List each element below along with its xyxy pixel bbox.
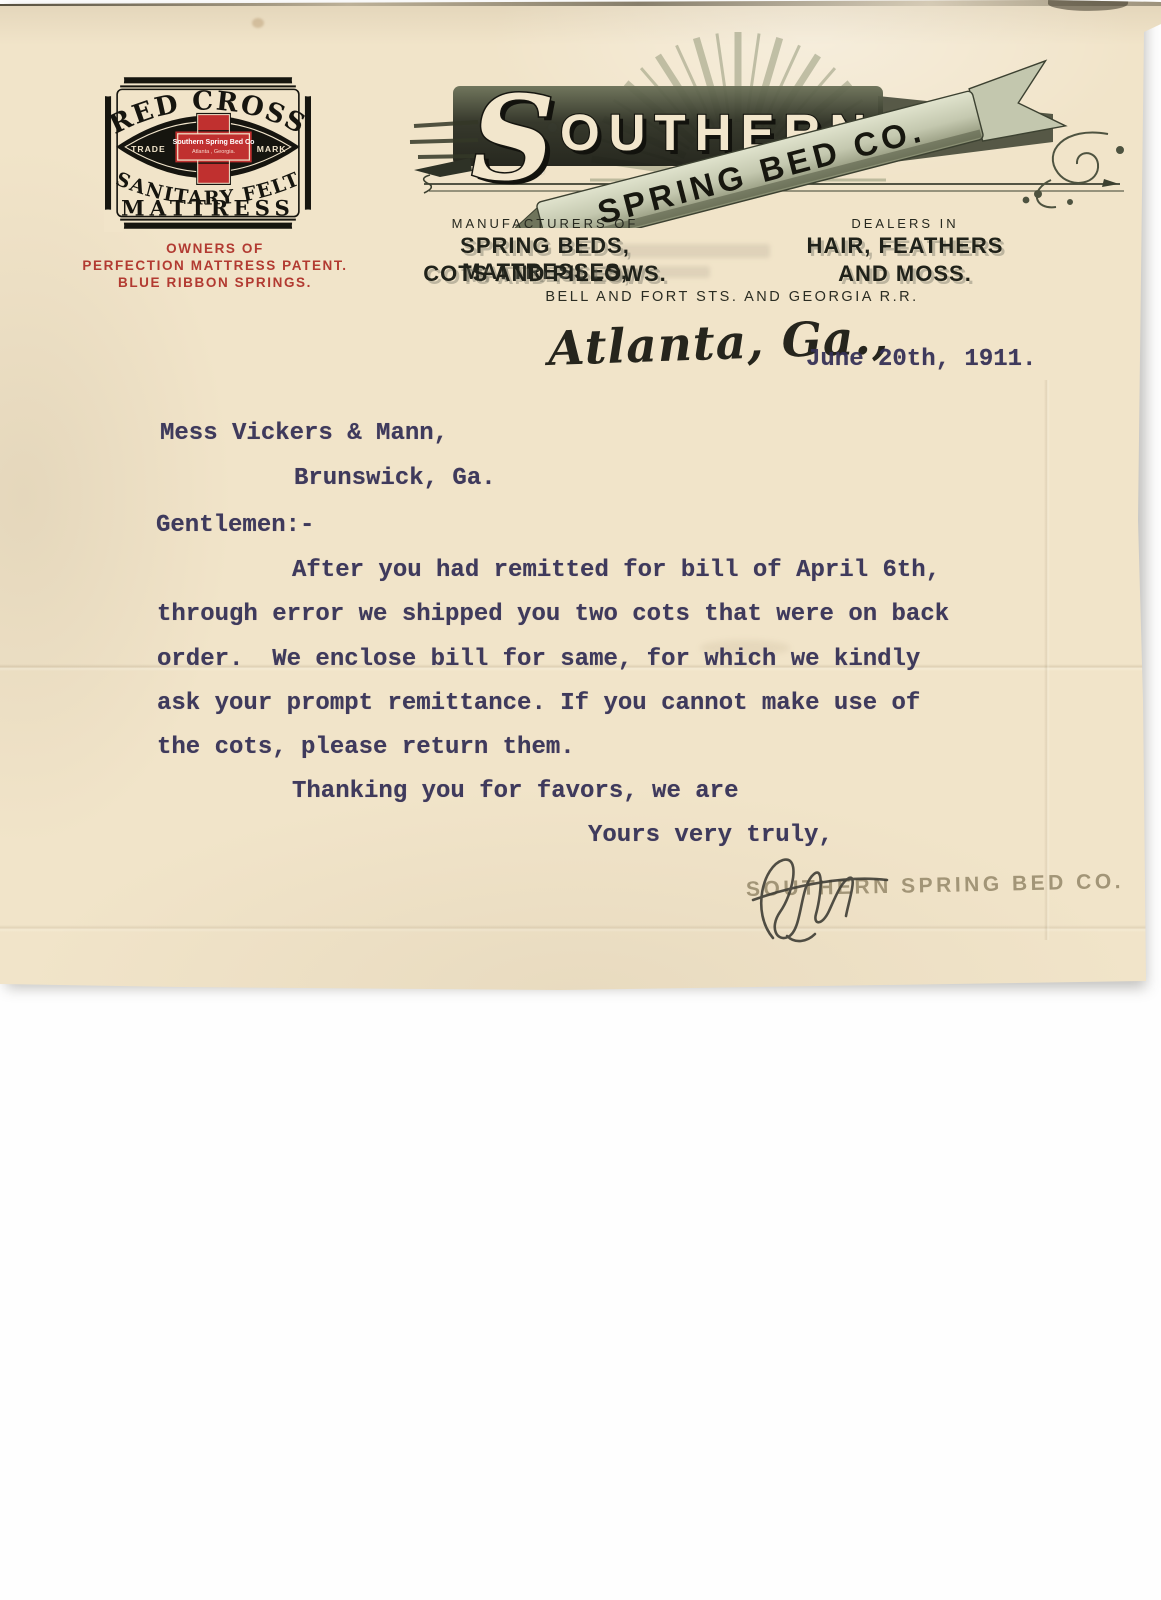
dateline-typed-date: June 20th, 1911.: [806, 346, 1036, 373]
recipient-city-line: Brunswick, Ga.: [294, 465, 496, 492]
body-line: order. We enclose bill for same, for whi…: [157, 646, 920, 673]
paper-stain: [252, 18, 264, 28]
street-address-line: BELL AND FORT STS. AND GEORGIA R.R.: [432, 289, 1032, 305]
fold-crease: [0, 925, 1161, 932]
badge-mark-text: MARK: [257, 144, 287, 154]
manufacturers-heading: MANUFACTURERS OF: [420, 216, 670, 231]
left-ornament: [414, 158, 472, 177]
red-cross-trademark-badge: RED CROSS TRADE MARK Southern Spring Bed…: [104, 76, 312, 232]
manufacturers-line2: COTS AND PILLOWS.: [385, 261, 705, 287]
owners-line: PERFECTION MATTRESS PATENT.: [62, 257, 368, 274]
wordmark-initial: S: [471, 71, 555, 207]
owners-line: OWNERS OF: [62, 240, 368, 257]
cross-city-text: Atlanta , Georgia.: [192, 149, 236, 155]
letter-paper: RED CROSS TRADE MARK Southern Spring Bed…: [0, 0, 1161, 994]
recipient-line: Mess Vickers & Mann,: [160, 420, 448, 447]
body-line: through error we shipped you two cots th…: [157, 601, 949, 628]
body-line: ask your prompt remittance. If you canno…: [157, 690, 920, 717]
signature-scrawl: [735, 840, 925, 955]
owners-note: OWNERS OF PERFECTION MATTRESS PATENT. BL…: [62, 240, 368, 291]
scan-corner-notch: [1048, 0, 1128, 12]
thanks-line: Thanking you for favors, we are: [292, 778, 738, 805]
dealers-line1: HAIR, FEATHERS: [750, 233, 1060, 259]
fold-crease: [1044, 380, 1050, 940]
scanned-letter-page: { "colors":{ "paper":"#f1e4c9", "typewri…: [0, 0, 1161, 1600]
scan-top-edge: [0, 0, 1161, 6]
dealers-heading: DEALERS IN: [800, 216, 1010, 231]
dealers-line2: AND MOSS.: [750, 261, 1060, 287]
masthead-art: S S OUTHERN OUTHERN SPRING BED CO.: [408, 30, 1138, 228]
badge-trade-text: TRADE: [131, 144, 166, 154]
cross-company-text: Southern Spring Bed Co: [173, 139, 256, 146]
badge-mattress-text: MATTRESS: [121, 196, 295, 221]
body-line: the cots, please return them.: [157, 734, 575, 761]
body-line: After you had remitted for bill of April…: [292, 557, 940, 584]
owners-line: BLUE RIBBON SPRINGS.: [62, 274, 368, 291]
salutation-line: Gentlemen:-: [156, 512, 314, 539]
